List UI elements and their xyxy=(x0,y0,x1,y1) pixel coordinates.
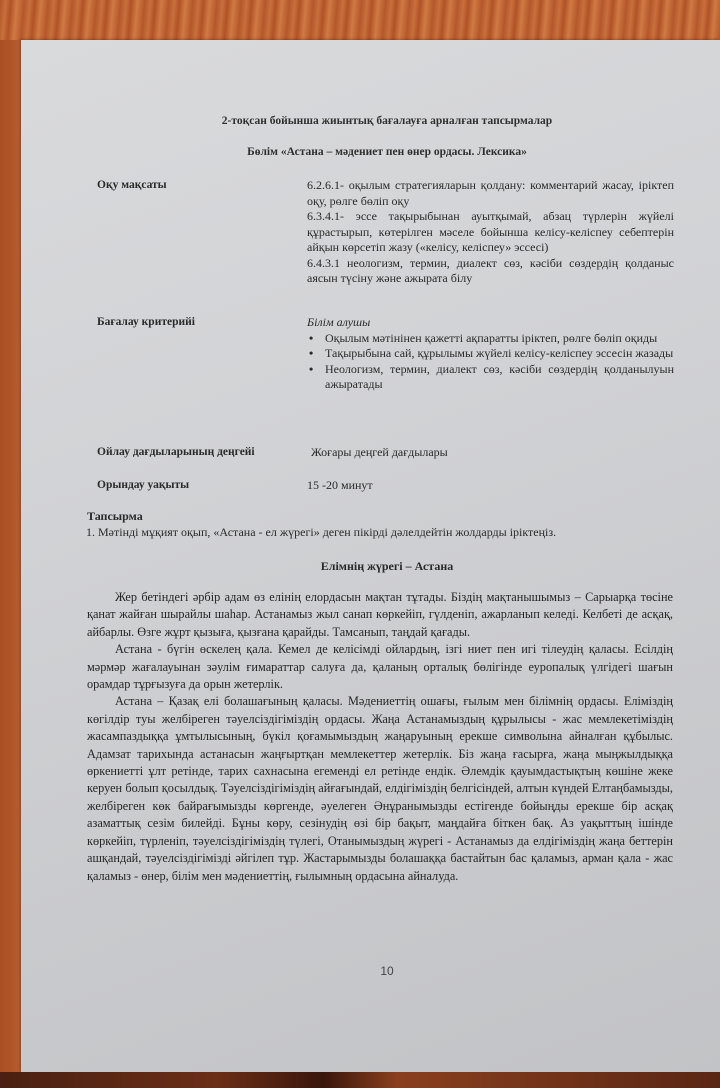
wooden-table-background-bottom xyxy=(0,1072,720,1088)
thinking-level-label: Ойлау дағдыларының деңгейі xyxy=(97,445,255,461)
task-heading: Тапсырма xyxy=(87,509,143,524)
document-heading: 2-тоқсан бойынша жиынтық бағалауға арнал… xyxy=(87,115,687,127)
objectives-value: 6.2.6.1- оқылым стратегияларын қолдану: … xyxy=(307,178,674,287)
story-paragraph: Жер бетіндегі әрбір адам өз елінің елорд… xyxy=(87,589,673,641)
paper-sheet: 2-тоқсан бойынша жиынтық бағалауға арнал… xyxy=(21,40,720,1073)
criteria-item: Оқылым мәтінінен қажетті ақпаратты ірікт… xyxy=(307,331,674,347)
story-paragraph: Астана - бүгін өскелең қала. Кемел де ке… xyxy=(87,641,673,693)
wooden-table-edge xyxy=(0,40,22,1088)
criteria-subheading: Білім алушы xyxy=(307,315,674,331)
duration-value: 15 -20 минут xyxy=(307,478,674,494)
task-text: 1. Мәтінді мұқият оқып, «Астана - ел жүр… xyxy=(86,525,686,540)
page-number: 10 xyxy=(87,964,687,978)
objectives-label: Оқу мақсаты xyxy=(97,178,167,194)
objective-item: 6.4.3.1 неологизм, термин, диалект сөз, … xyxy=(307,256,674,287)
story-body: Жер бетіндегі әрбір адам өз елінің елорд… xyxy=(87,589,673,885)
objective-item: 6.2.6.1- оқылым стратегияларын қолдану: … xyxy=(307,178,674,209)
thinking-level-value: Жоғары деңгей дағдылары xyxy=(311,445,678,461)
story-title: Елімнің жүрегі – Астана xyxy=(87,559,687,574)
story-paragraph: Астана – Қазақ елі болашағының қаласы. М… xyxy=(87,693,673,884)
criteria-list: Оқылым мәтінінен қажетті ақпаратты ірікт… xyxy=(307,331,674,393)
duration-label: Орындау уақыты xyxy=(97,478,189,494)
criteria-item: Неологизм, термин, диалект сөз, кәсіби с… xyxy=(307,362,674,393)
section-title: Бөлім «Астана – мәдениет пен өнер ордасы… xyxy=(87,146,687,158)
wooden-table-background xyxy=(0,0,720,45)
criteria-label: Бағалау критерийі xyxy=(97,315,195,331)
criteria-value: Білім алушы Оқылым мәтінінен қажетті ақп… xyxy=(307,315,674,393)
objective-item: 6.3.4.1- эссе тақырыбынан ауытқымай, абз… xyxy=(307,209,674,256)
criteria-item: Тақырыбына сай, құрылымы жүйелі келісу-к… xyxy=(307,346,674,362)
